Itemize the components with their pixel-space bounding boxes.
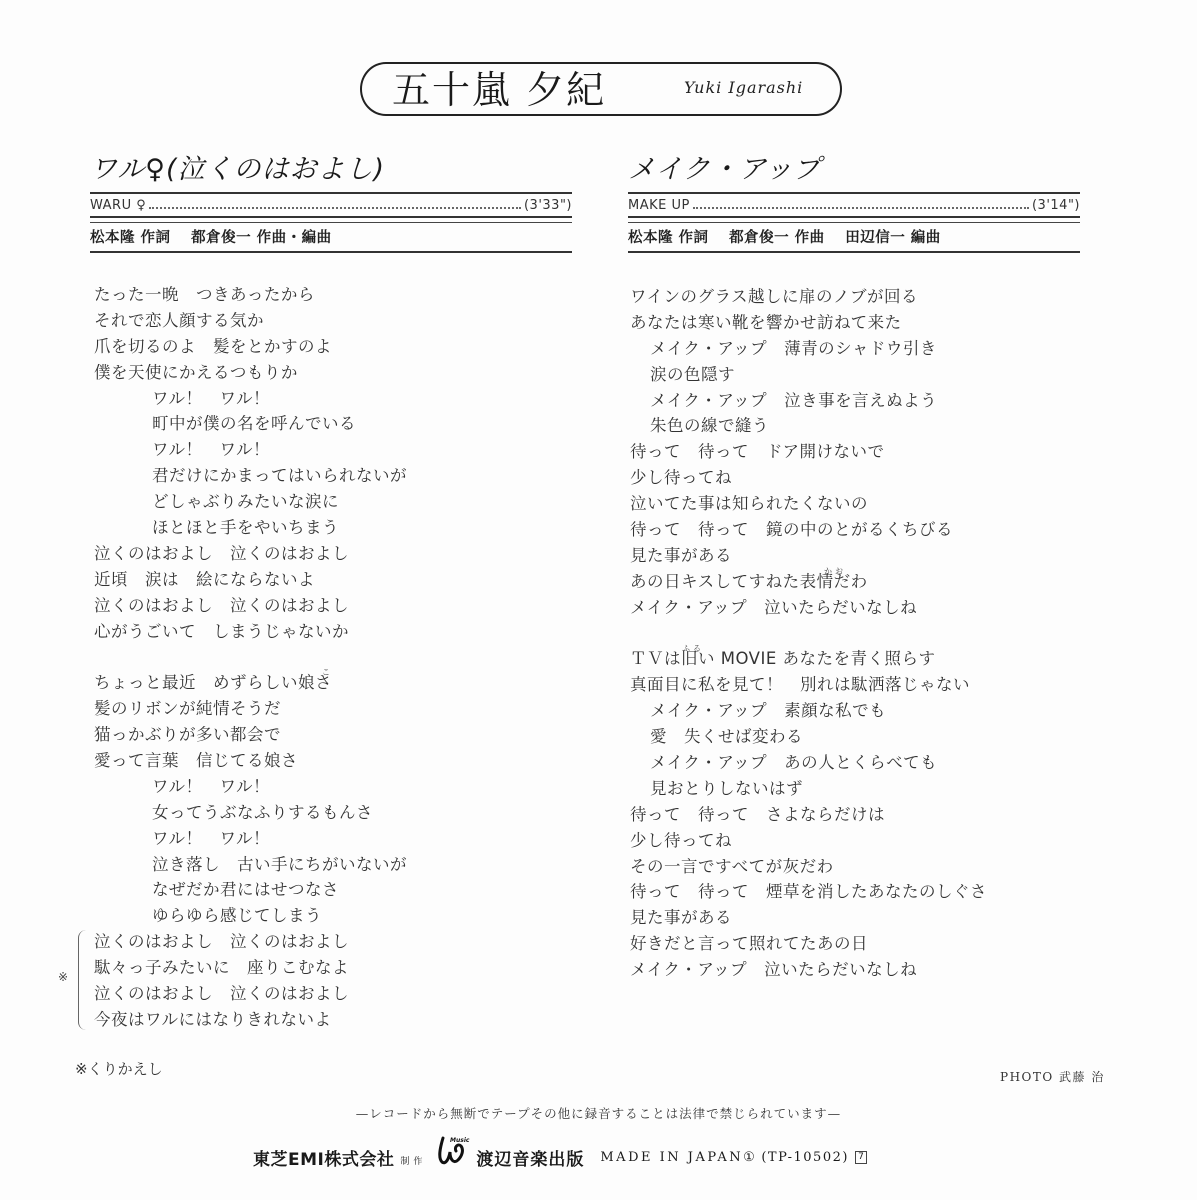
lyric-line: 僕を天使にかえるつもりか xyxy=(94,360,407,386)
lyric-line: ワル！ ワル！ xyxy=(94,826,407,852)
repeat-footnote: ※くりかえし xyxy=(75,1058,163,1079)
catalog-number: (TP-10502) xyxy=(761,1150,849,1165)
dot-leader xyxy=(149,207,521,209)
lyric-line: 真面目に私を見て！ 別れは駄洒落じゃない xyxy=(630,672,987,698)
lyric-line: どしゃぶりみたいな涙に xyxy=(94,489,407,515)
lyric-line: メイク・アップ 泣き事を言えぬよう xyxy=(630,388,987,414)
lyric-line: 爪を切るのよ 髪をとかすのよ xyxy=(94,334,407,360)
lyric-line: 泣き落し 古い手にちがいないが xyxy=(94,852,407,878)
ruby-annotation: かお xyxy=(824,559,846,585)
lyric-line: 君だけにかまってはいられないが xyxy=(94,463,407,489)
lyric-line: 見た事がある xyxy=(630,905,987,931)
song-1-credits: 松本隆 作詞 都倉俊一 作曲・編曲 xyxy=(90,223,572,251)
ruby-annotation: ふる xyxy=(682,636,704,662)
lyric-line: たった一晩 つきあったから xyxy=(94,282,407,308)
production-label: 制作 xyxy=(400,1154,426,1167)
artist-name-en: Yuki Igarashi xyxy=(684,78,803,97)
lyric-line: ＴＶは旧い MOVIE あなたを青く照らすふる xyxy=(630,646,987,672)
lyric-line: 愛 失くせば変わる xyxy=(630,724,987,750)
song-2-duration: (3'14") xyxy=(1032,198,1080,213)
song-1-duration: (3'33") xyxy=(524,198,572,213)
publisher-name: 渡辺音楽出版 xyxy=(476,1145,584,1170)
lyric-line: 近頃 涙は 絵にならないよ xyxy=(94,567,407,593)
lyric-line: ワル！ ワル！ xyxy=(94,386,407,412)
lyric-line: ワル！ ワル！ xyxy=(94,437,407,463)
lyric-line: 少し待ってね xyxy=(630,465,987,491)
artist-title-box: 五十嵐 夕紀 Yuki Igarashi xyxy=(360,62,842,116)
lyric-line: 見た事がある xyxy=(630,543,987,569)
artist-name-jp: 五十嵐 夕紀 xyxy=(392,68,606,112)
lyric-line: メイク・アップ 泣いたらだいなしね xyxy=(630,957,987,983)
lyric-line: 待って 待って ドア開けないで xyxy=(630,439,987,465)
lyric-line: 泣くのはおよし 泣くのはおよし xyxy=(94,541,407,567)
lyric-line: メイク・アップ 泣いたらだいなしね xyxy=(630,595,987,621)
lyric-line: その一言ですべてが灰だわ xyxy=(630,854,987,880)
lyric-line-chorus: 今夜はワルにはなりきれないよ xyxy=(94,1007,407,1033)
song-2-en-row: MAKE UP (3'14") xyxy=(628,194,1080,216)
song-1-title: ワル♀(泣くのはおよし) xyxy=(90,150,572,192)
lyric-line: 愛って言葉 信じてる娘さ xyxy=(94,748,407,774)
song-2-credits: 松本隆 作詞 都倉俊一 作曲 田辺信一 編曲 xyxy=(628,223,1080,251)
song-2-title: メイク・アップ xyxy=(628,150,1080,192)
lyric-line: 朱色の線で縫う xyxy=(630,413,987,439)
music-up-logo-icon: Music xyxy=(434,1134,472,1168)
lyric-line: メイク・アップ 素顔な私でも xyxy=(630,698,987,724)
lyric-line: ゆらゆら感じてしまう xyxy=(94,903,407,929)
lyric-line: 女ってうぶなふりするもんさ xyxy=(94,800,407,826)
copyright-notice: —レコードから無断でテープその他に録音することは法律で禁じられています— xyxy=(0,1104,1197,1122)
made-in-japan: MADE IN JAPAN① xyxy=(600,1150,757,1165)
lyric-line-chorus: 泣くのはおよし 泣くのはおよし xyxy=(94,981,407,1007)
lyric-line: あなたは寒い靴を響かせ訪ねて来た xyxy=(630,310,987,336)
lyric-line: メイク・アップ 薄青のシャドウ引き xyxy=(630,336,987,362)
lyric-line: 待って 待って 鏡の中のとがるくちびる xyxy=(630,517,987,543)
lyric-line: 泣いてた事は知られたくないの xyxy=(630,491,987,517)
lyric-line: それで恋人顔する気か xyxy=(94,308,407,334)
lyric-line: 心がうごいて しまうじゃないか xyxy=(94,619,407,645)
song-2-lyrics: ワインのグラス越しに扉のノブが回る あなたは寒い靴を響かせ訪ねて来た メイク・ア… xyxy=(630,284,987,983)
song-1-en-row: WARU ♀ (3'33") xyxy=(90,194,572,216)
divider xyxy=(90,251,572,253)
lyric-line: 髪のリボンが純情そうだ xyxy=(94,696,407,722)
lyric-line: 涙の色隠す xyxy=(630,362,987,388)
lyric-line: 待って 待って さよならだけは xyxy=(630,802,987,828)
ruby-annotation: こ xyxy=(322,660,333,686)
lyric-line: 猫っかぶりが多い都会で xyxy=(94,722,407,748)
lyric-line-chorus: 泣くのはおよし 泣くのはおよし xyxy=(94,929,407,955)
song-1-header: ワル♀(泣くのはおよし) WARU ♀ (3'33") 松本隆 作詞 都倉俊一 … xyxy=(90,150,572,253)
repeat-mark: ※ xyxy=(58,970,68,984)
lyric-line: ほとほと手をやいちまう xyxy=(94,515,407,541)
repeat-bracket xyxy=(78,930,87,1030)
lyric-line: 泣くのはおよし 泣くのはおよし xyxy=(94,593,407,619)
lyric-line: なぜだか君にはせつなさ xyxy=(94,877,407,903)
lyric-line: 少し待ってね xyxy=(630,828,987,854)
lyric-line-chorus: 駄々っ子みたいに 座りこむなよ xyxy=(94,955,407,981)
lyric-line: ワル！ ワル！ xyxy=(94,774,407,800)
lyric-line: 好きだと言って照れてたあの日 xyxy=(630,931,987,957)
lyric-line: ワインのグラス越しに扉のノブが回る xyxy=(630,284,987,310)
lyric-line: メイク・アップ あの人とくらべても xyxy=(630,750,987,776)
song-1-lyrics: たった一晩 つきあったから それで恋人顔する気か 爪を切るのよ 髪をとかすのよ … xyxy=(94,282,407,1033)
svg-text:Music: Music xyxy=(450,1137,470,1144)
lyric-line: 見おとりしないはず xyxy=(630,776,987,802)
song-1-title-en: WARU ♀ xyxy=(90,198,146,213)
lyric-line: 町中が僕の名を呼んでいる xyxy=(94,411,407,437)
lyric-line: ちょっと最近 めずらしい娘さこ xyxy=(94,670,407,696)
boxed-number: 7 xyxy=(855,1151,867,1164)
photo-credit: PHOTO 武藤 治 xyxy=(1000,1068,1105,1085)
footer-bar: 東芝EMI株式会社 制作 Music 渡辺音楽出版 MADE IN JAPAN①… xyxy=(253,1140,867,1174)
record-label: 東芝EMI株式会社 xyxy=(253,1145,394,1170)
divider xyxy=(628,251,1080,253)
song-2-header: メイク・アップ MAKE UP (3'14") 松本隆 作詞 都倉俊一 作曲 田… xyxy=(628,150,1080,253)
song-2-title-en: MAKE UP xyxy=(628,198,690,213)
lyric-line: あの日キスしてすねた表情だわかお xyxy=(630,569,987,595)
dot-leader xyxy=(693,207,1029,209)
lyric-line: 待って 待って 煙草を消したあなたのしぐさ xyxy=(630,879,987,905)
